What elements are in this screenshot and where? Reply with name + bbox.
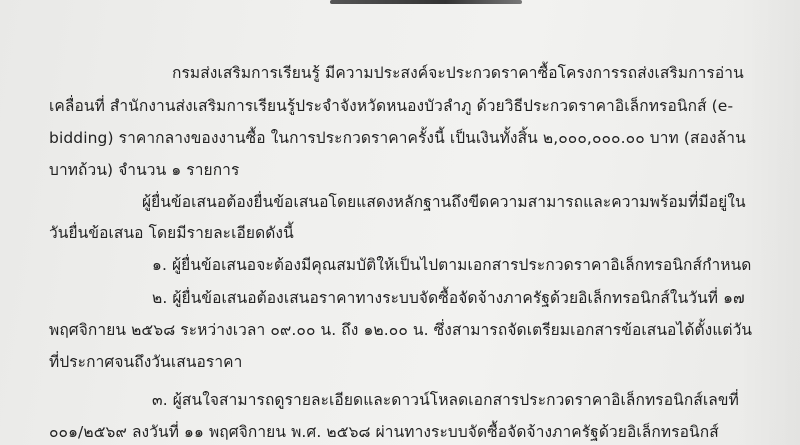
paragraph-intro-line-3: bidding) ราคากลางของงานซื้อ ในการประกวดร… [49,131,746,147]
item-3-line-2: ๐๐๑/๒๕๖๙ ลงวันที่ ๑๑ พฤศจิกายน พ.ศ. ๒๕๖๘… [49,425,719,441]
item-3-line-1: ๓. ผู้สนใจสามารถดูรายละเอียดและดาวน์โหลด… [152,393,739,409]
item-1: ๑. ผู้ยื่นข้อเสนอจะต้องมีคุณสมบัติให้เป็… [152,258,751,274]
paragraph-intro-line-1: กรมส่งเสริมการเรียนรู้ มีความประสงค์จะปร… [172,66,744,82]
paragraph-requirements-line-2: วันยื่นข้อเสนอ โดยมีรายละเอียดดังนี้ [49,226,294,242]
paragraph-requirements-line-1: ผู้ยื่นข้อเสนอต้องยื่นข้อเสนอโดยแสดงหลัก… [142,195,746,211]
paragraph-intro-line-2: เคลื่อนที่ สำนักงานส่งเสริมการเรียนรู้ปร… [49,99,733,115]
item-2-line-1: ๒. ผู้ยื่นข้อเสนอต้องเสนอราคาทางระบบจัดซ… [152,291,745,307]
paragraph-intro-line-4: บาทถ้วน) จำนวน ๑ รายการ [49,163,239,179]
item-2-line-3: ที่ประกาศจนถึงวันเสนอราคา [49,355,242,371]
item-2-line-2: พฤศจิกายน ๒๕๖๘ ระหว่างเวลา ๐๙.๐๐ น. ถึง … [49,323,752,339]
title-underline [330,0,522,4]
page-edge-shadow [740,0,800,445]
